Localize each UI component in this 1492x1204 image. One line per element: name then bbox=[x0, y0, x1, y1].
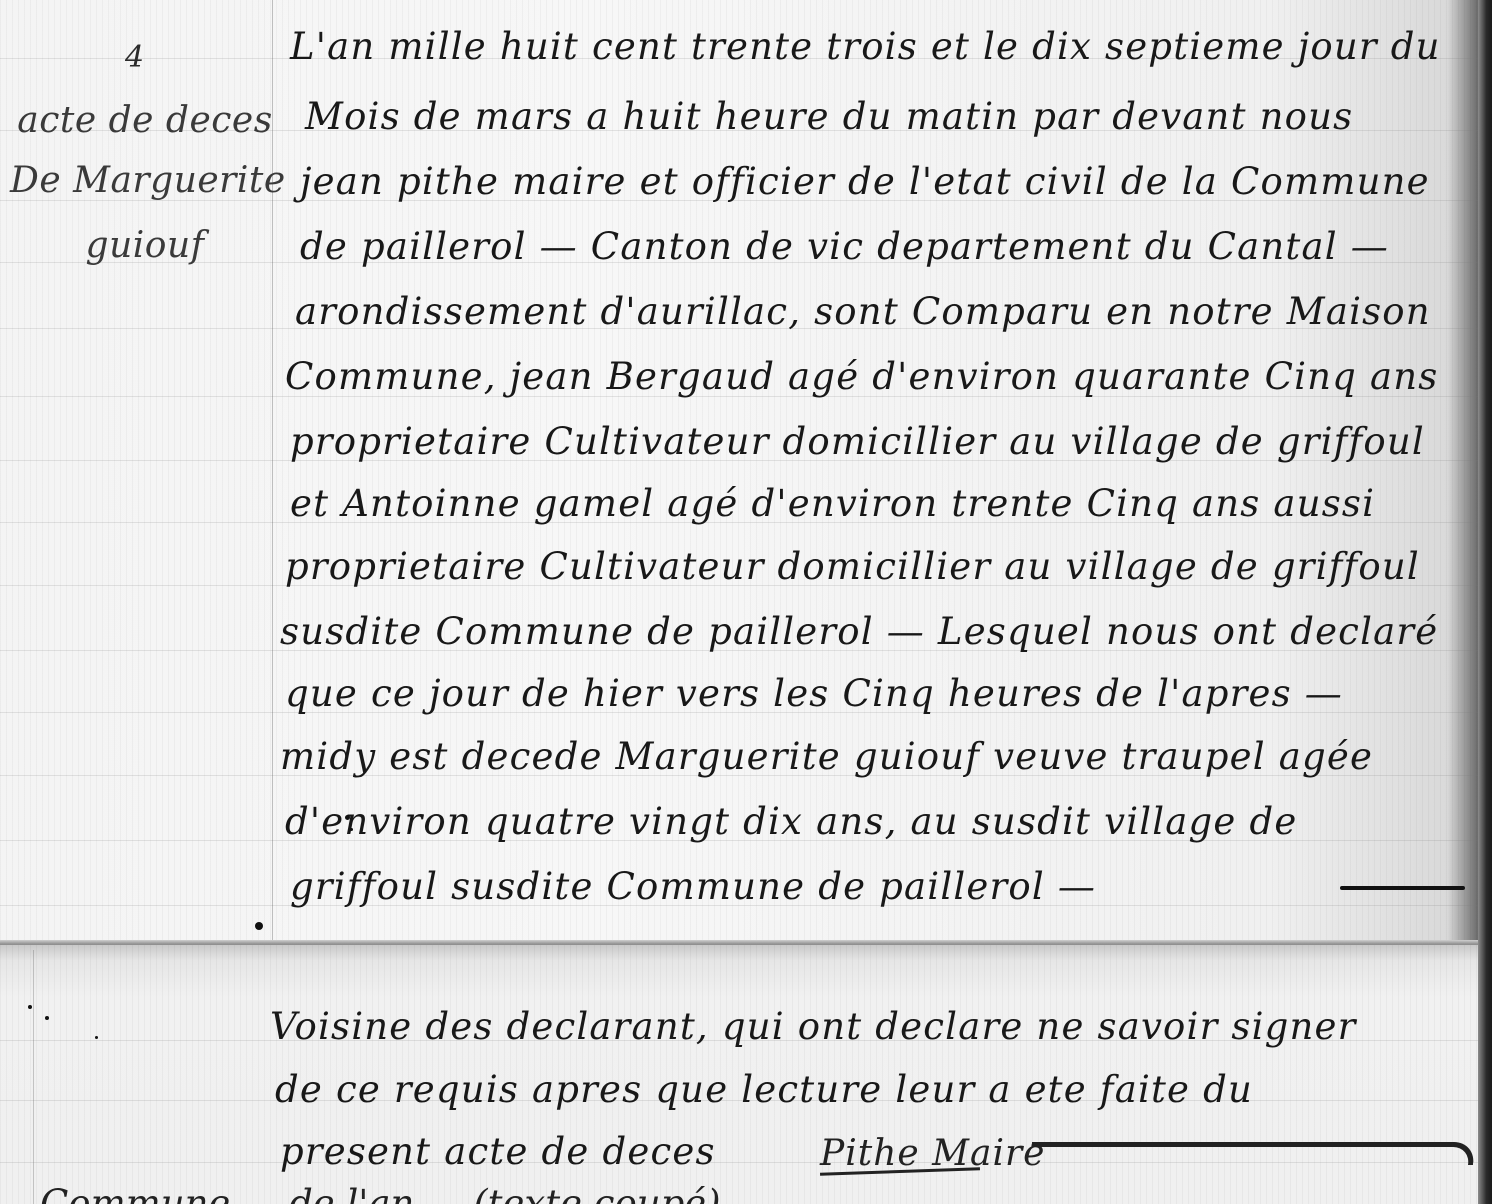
record-line-7: proprietaire Cultivateur domicillier au … bbox=[290, 420, 1425, 463]
margin-title: acte de deces bbox=[10, 100, 280, 141]
record-line-1: L'an mille huit cent trente trois et le … bbox=[290, 25, 1441, 68]
record-line-14: griffoul susdite Commune de paillerol — bbox=[290, 865, 1096, 908]
ink-blot bbox=[28, 1005, 32, 1009]
ink-blot bbox=[45, 1016, 49, 1020]
margin-deceased-surname: guiouf bbox=[10, 225, 280, 266]
ink-blot bbox=[345, 815, 350, 820]
record-line-4: de paillerol — Canton de vic departement… bbox=[300, 225, 1389, 268]
cut-off-next-entry: Commune ... de l'an ... (texte coupé) bbox=[40, 1182, 721, 1204]
register-page-top: 4 acte de deces De Marguerite guiouf L'a… bbox=[0, 0, 1492, 945]
continuation-line-2: de ce requis apres que lecture leur a et… bbox=[275, 1068, 1253, 1111]
entry-number: 4 bbox=[125, 40, 144, 75]
record-line-13: d'environ quatre vingt dix ans, au susdi… bbox=[285, 800, 1297, 843]
margin-rule bbox=[272, 0, 273, 945]
record-line-3: jean pithe maire et officier de l'etat c… bbox=[300, 160, 1430, 203]
continuation-line-1: Voisine des declarant, qui ont declare n… bbox=[270, 1005, 1357, 1048]
record-line-5: arondissement d'aurillac, sont Comparu e… bbox=[295, 290, 1431, 333]
line-end-flourish bbox=[1340, 886, 1465, 890]
margin-deceased-first-name: De Marguerite bbox=[10, 160, 280, 201]
record-line-10: susdite Commune de paillerol — Lesquel n… bbox=[280, 610, 1438, 653]
ink-blot bbox=[350, 828, 353, 831]
record-line-9: proprietaire Cultivateur domicillier au … bbox=[285, 545, 1420, 588]
record-line-6: Commune, jean Bergaud agé d'environ quar… bbox=[285, 355, 1439, 398]
continuation-line-3: present acte de deces bbox=[280, 1130, 716, 1173]
record-line-11: que ce jour de hier vers les Cinq heures… bbox=[285, 672, 1343, 715]
ink-blot bbox=[95, 1036, 98, 1039]
scan-edge-shadow bbox=[1478, 0, 1492, 1204]
record-line-12: midy est decede Marguerite guiouf veuve … bbox=[280, 735, 1373, 778]
record-line-8: et Antoinne gamel agé d'environ trente C… bbox=[290, 482, 1375, 525]
margin-rule bbox=[33, 950, 34, 1204]
ink-blot bbox=[255, 922, 263, 930]
record-line-2: Mois de mars a huit heure du matin par d… bbox=[305, 95, 1353, 138]
signature-paraph-flourish bbox=[1028, 1142, 1477, 1165]
